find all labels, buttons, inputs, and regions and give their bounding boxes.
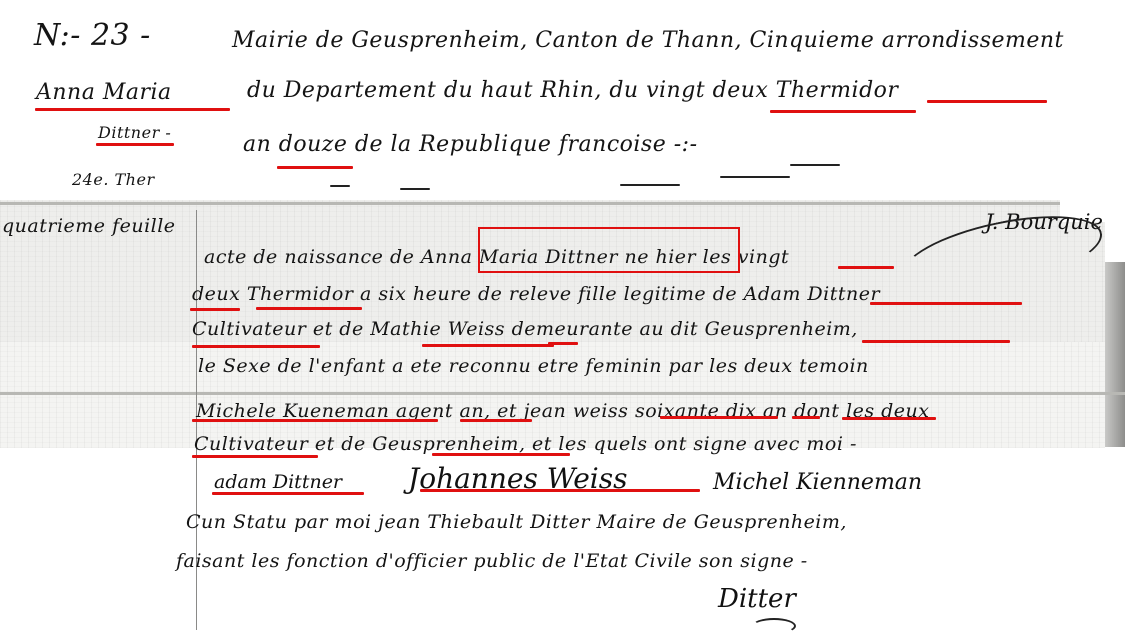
underline-deux <box>190 308 240 311</box>
underline-adam-dittner-sig <box>212 492 364 495</box>
filler-dash <box>330 185 350 187</box>
scan-edge-shadow <box>1105 262 1125 447</box>
highlight-box-anna-maria-dittner <box>478 227 740 273</box>
signature-mayor-flourish <box>752 618 796 634</box>
scan-seam <box>0 202 1060 205</box>
underline-douze <box>277 166 353 169</box>
margin-date-note: 24e. Ther <box>72 170 155 189</box>
underline-jean-weiss <box>660 416 778 419</box>
body-line-6: Cultivateur et de Geusprenheim, et les q… <box>194 433 857 455</box>
entry-number: N:- 23 - <box>34 18 151 53</box>
underline-weiss <box>548 342 578 345</box>
underline-michele-kueneman <box>192 419 438 422</box>
underline-vingt-deux <box>770 110 916 113</box>
underline-geusprenheim <box>862 340 1010 343</box>
underline-mathie <box>422 344 554 347</box>
underline-anna-maria <box>35 108 230 111</box>
filler-dash <box>620 184 680 186</box>
underline-agent <box>460 419 532 422</box>
signature-michel: Michel Kienneman <box>713 470 922 495</box>
body-line-2: deux Thermidor a six heure de releve fil… <box>192 283 880 305</box>
margin-name-first: Anna Maria <box>36 80 172 105</box>
body-line-4: le Sexe de l'enfant a ete reconnu etre f… <box>198 355 869 377</box>
underline-adam-dittner <box>870 302 1022 305</box>
underline-soixante <box>792 416 820 419</box>
header-line-2: du Departement du haut Rhin, du vingt de… <box>247 78 898 103</box>
underline-dittner <box>96 143 174 146</box>
underline-johannes-weiss <box>420 489 700 492</box>
body-line-8: faisant les fonction d'officier public d… <box>176 550 808 572</box>
signature-adam: adam Dittner <box>214 471 342 493</box>
filler-dash <box>790 164 840 166</box>
underline-dix <box>842 417 936 420</box>
underline-thermidor <box>927 100 1047 103</box>
scan-seam <box>0 392 1125 395</box>
underline-vingt <box>838 266 894 269</box>
filler-dash <box>400 188 430 190</box>
body-line-3: Cultivateur et de Mathie Weiss demeurant… <box>192 318 858 340</box>
margin-name-last: Dittner - <box>98 123 171 142</box>
underline-cultivateur <box>192 345 320 348</box>
header-line-3: an douze de la Republique francoise -:- <box>243 132 698 157</box>
margin-sheet-note: quatrieme feuille <box>2 215 176 237</box>
filler-dash <box>720 176 790 178</box>
underline-cultivateur-2 <box>192 455 318 458</box>
header-line-1: Mairie de Geusprenheim, Canton de Thann,… <box>232 28 1064 53</box>
body-line-7: Cun Statu par moi jean Thiebault Ditter … <box>186 511 847 533</box>
signature-mayor: Ditter <box>718 584 796 614</box>
underline-geusprenheim-2 <box>432 453 570 456</box>
underline-thermidor-body <box>256 307 362 310</box>
